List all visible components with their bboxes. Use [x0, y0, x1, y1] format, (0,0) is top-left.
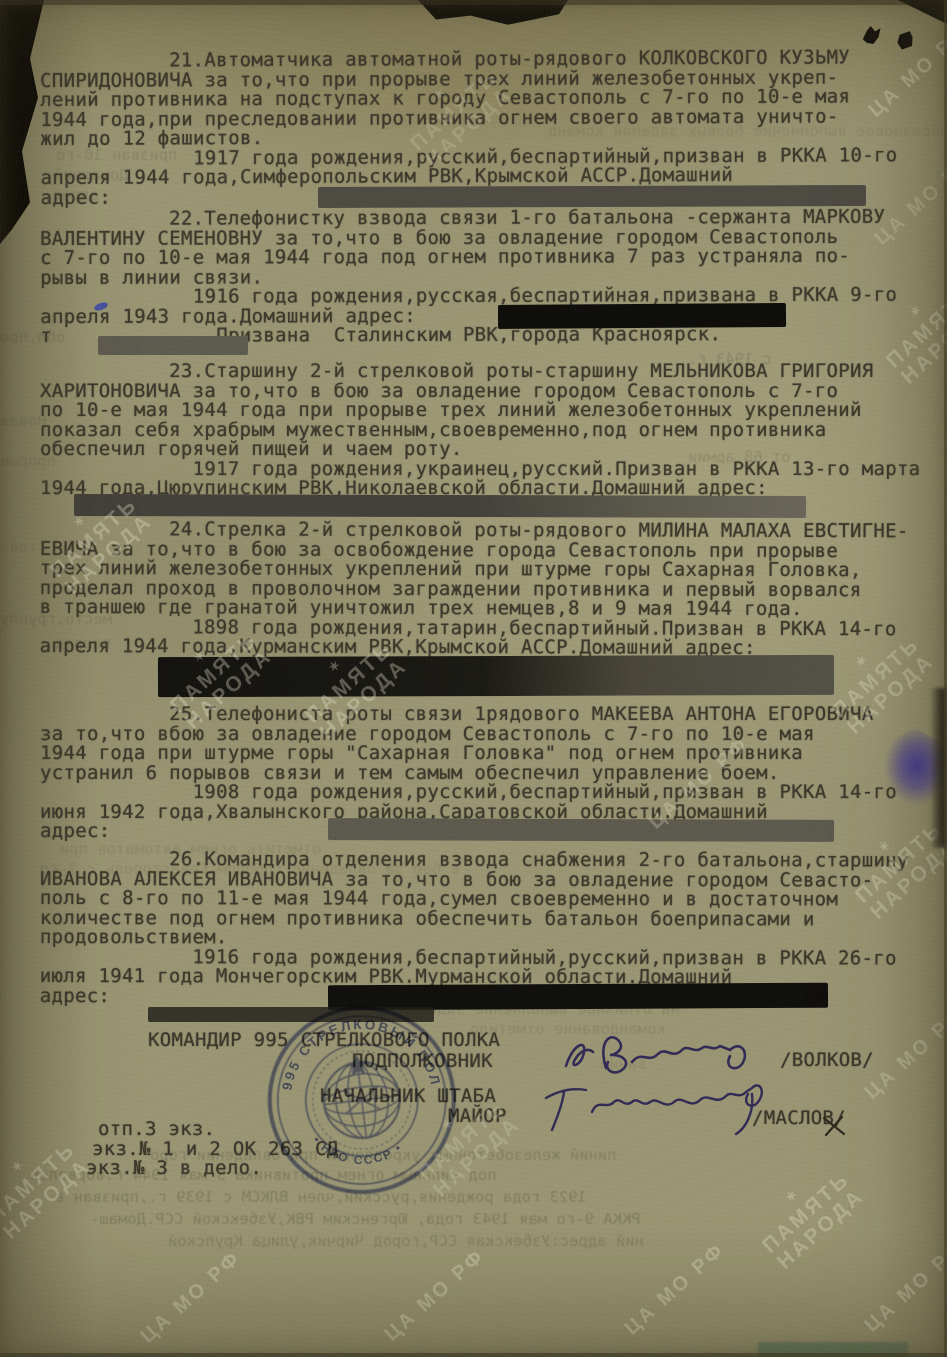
right-edge-smudge: [930, 688, 947, 848]
watermark-pamyat-naroda: ✶ ПАМЯТЬНАРОДА: [744, 1152, 869, 1274]
watermark-tsamo: ЦА МО РФ: [861, 1236, 947, 1338]
bleedthrough-text: тов.: [0, 538, 37, 556]
redaction-bar: [74, 494, 806, 518]
watermark-tsamo: ЦА МО РФ: [137, 1247, 246, 1349]
redaction-bar: [98, 336, 248, 355]
watermark-tsamo: ЦА МО РФ: [621, 1239, 730, 1341]
signature-maslov: [540, 1076, 790, 1146]
ink-mark: [860, 24, 884, 47]
copies-note-line1: отп.3 экз.: [98, 1119, 215, 1139]
watermark-tsamo: ЦА МО РФ: [381, 1245, 490, 1347]
commander-surname: /ВОЛКОВ/: [780, 1050, 874, 1070]
redaction-bar: [158, 655, 834, 697]
paragraph-24: 24.Стрелка 2-й стрелковой роты-рядового …: [40, 520, 909, 659]
green-stain-bottom: [758, 1342, 908, 1357]
redaction-bar: [328, 818, 834, 842]
redaction-bar: [318, 185, 866, 208]
paragraph-21: 21.Автоматчика автоматной роты-рядового …: [40, 48, 898, 208]
bleedthrough-text: ний адрес:Узбекская ССР,город Чирчик,ули…: [168, 1232, 644, 1250]
document-page: за образцовое выполнение боевых заданий …: [0, 0, 947, 1357]
torn-notch-top: [418, 0, 568, 26]
top-edge-shadow: [0, 0, 947, 5]
dark-corner-top-right: [898, 0, 947, 24]
paragraph-23: 23.Старшину 2-й стрелковой роты-старшину…: [40, 362, 920, 499]
bleedthrough-text: РККА 9-го мая 1943 года, Юргенским РВК,У…: [90, 1210, 641, 1228]
check-cross-mark: [820, 1114, 848, 1138]
star-icon: ✶: [744, 1152, 840, 1241]
unit-stamp: 995 СТРЕЛКОВЫЙ ПОЛК • НКО СССР •: [244, 984, 480, 1220]
copies-note-line3: экз.№ 3 в дело.: [86, 1158, 262, 1178]
redaction-bar: [498, 303, 786, 329]
bottom-edge-shadow: [0, 1353, 947, 1357]
